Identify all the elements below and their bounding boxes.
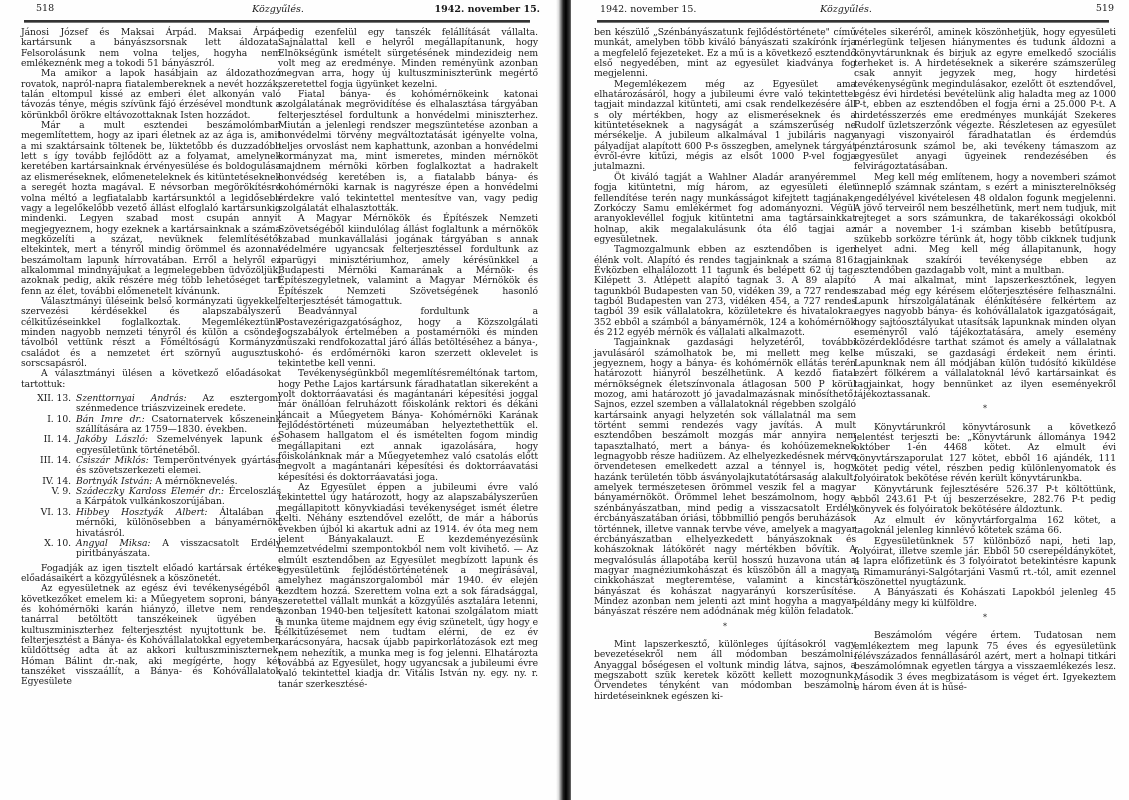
paragraph: Meg kell még említenem, hogy a novemberi… (854, 173, 1116, 276)
running-title: Közgyűlés. (820, 4, 872, 15)
paragraph: ben készülő „Szénbányászatunk fejlődéstö… (594, 28, 856, 80)
column-2: pedig ezenfelül egy tanszék felállítását… (278, 28, 538, 690)
paragraph: pedig ezenfelül egy tanszék felállítását… (278, 28, 538, 90)
lecture-list: XII. 13.Szenttornyai András: Az esztergo… (21, 394, 281, 560)
lecture-item: XII. 13.Szenttornyai András: Az esztergo… (21, 394, 281, 415)
lecture-item: X. 10.Angyal Miksa: A visszacsatolt Erdé… (21, 539, 281, 560)
left-page: 518 Közgyűlés. 1942. november 15. Jánosi… (0, 0, 558, 800)
paragraph: Ma amikor a lapok hasábjain az áldozatho… (21, 69, 281, 121)
paragraph: Egyesületünknek 57 különböző napi, heti … (854, 537, 1116, 589)
paragraph: Az elmult év könyvtárforgalma 162 kötet,… (854, 516, 1116, 537)
lecture-item: V. 9.Szádeczky Kardoss Elemér dr.: Ércel… (21, 487, 281, 508)
paragraph: Tagmozgalmunk ebben az esztendőben is ig… (594, 245, 856, 338)
paragraph: Választmányi üléseink belső kormányzati … (21, 297, 281, 369)
paragraph: Fiatal bánya- és kohómérnökeink katonai … (278, 90, 538, 214)
page-date: 1942. november 15. (435, 4, 540, 15)
paragraph: Beadvánnyal fordultunk a Postavezérigazg… (278, 307, 538, 369)
paragraph: Könyvtárunk fejlesztésére 526.37 P-t köl… (854, 485, 1116, 516)
paragraph: Tevékenységünkből megemlítésreméltónak t… (278, 369, 538, 483)
section-separator: * (594, 622, 856, 632)
header-rule (24, 20, 530, 23)
column-3: ben készülő „Szénbányászatunk fejlődéstö… (594, 28, 856, 702)
column-1: Jánosi József és Maksai Árpád. Maksai Ár… (21, 28, 281, 688)
paragraph: Az egyesületnek az egész évi tevékenység… (21, 584, 281, 687)
paragraph: Megemlékezem még az Egyesület ama elhatá… (594, 80, 856, 173)
lecture-item: II. 14.Jakóby László: Szemelvények lapun… (21, 435, 281, 456)
paragraph: A Bányászati és Kohászati Lapokból jelen… (854, 588, 1116, 609)
paragraph: Jánosi József és Maksai Árpád. Maksai Ár… (21, 28, 281, 69)
paragraph: Tagjainknak gazdasági helyzetéről, továb… (594, 338, 856, 617)
paragraph: Fogadják az igen tisztelt előadó kartárs… (21, 564, 281, 585)
paragraph: Az Egyesület éppen a jubileumi évre való… (278, 483, 538, 690)
right-page: 1942. november 15. Közgyűlés. 519 ben ké… (571, 0, 1129, 800)
paragraph: Mint lapszerkesztő, különleges újításokr… (594, 640, 856, 702)
page-date: 1942. november 15. (600, 4, 696, 15)
running-title: Közgyűlés. (252, 4, 304, 15)
paragraph: Beszámolóm végére értem. Tudatosan nem e… (854, 631, 1116, 693)
header-rule (597, 20, 1109, 23)
paragraph: vételes sikeréről, aminek köszönhetjük, … (854, 28, 1116, 173)
lecture-item: III. 14.Csiszár Miklós: Temperöntvények … (21, 456, 281, 477)
lecture-item: I. 10.Bán Imre dr.: Csatornatervek kősze… (21, 415, 281, 436)
page-number: 518 (36, 3, 54, 14)
paragraph: A mai alkalmat, mint lapszerkesztőnek, l… (854, 276, 1116, 400)
paragraph: A Magyar Mérnökök és Építészek Nemzeti S… (278, 214, 538, 307)
lecture-item: VI. 13.Hibbey Hosztyák Albert: Általában… (21, 508, 281, 539)
section-separator: * (854, 404, 1116, 414)
paragraph: Már a mult esztendei beszámolómban megem… (21, 121, 281, 297)
page-number: 519 (1096, 3, 1114, 14)
column-4: vételes sikeréről, aminek köszönhetjük, … (854, 28, 1116, 693)
paragraph: Öt kiváló tagját a Wahlner Aladár aranyé… (594, 173, 856, 245)
section-separator: * (854, 613, 1116, 623)
paragraph: A választmányi ülésen a következő előadá… (21, 369, 281, 390)
left-page-header: 518 Közgyűlés. 1942. november 15. (18, 3, 538, 19)
right-page-header: 1942. november 15. Közgyűlés. 519 (586, 3, 1106, 19)
paragraph: Könyvtárunkról könyvtárosunk a következő… (854, 423, 1116, 485)
